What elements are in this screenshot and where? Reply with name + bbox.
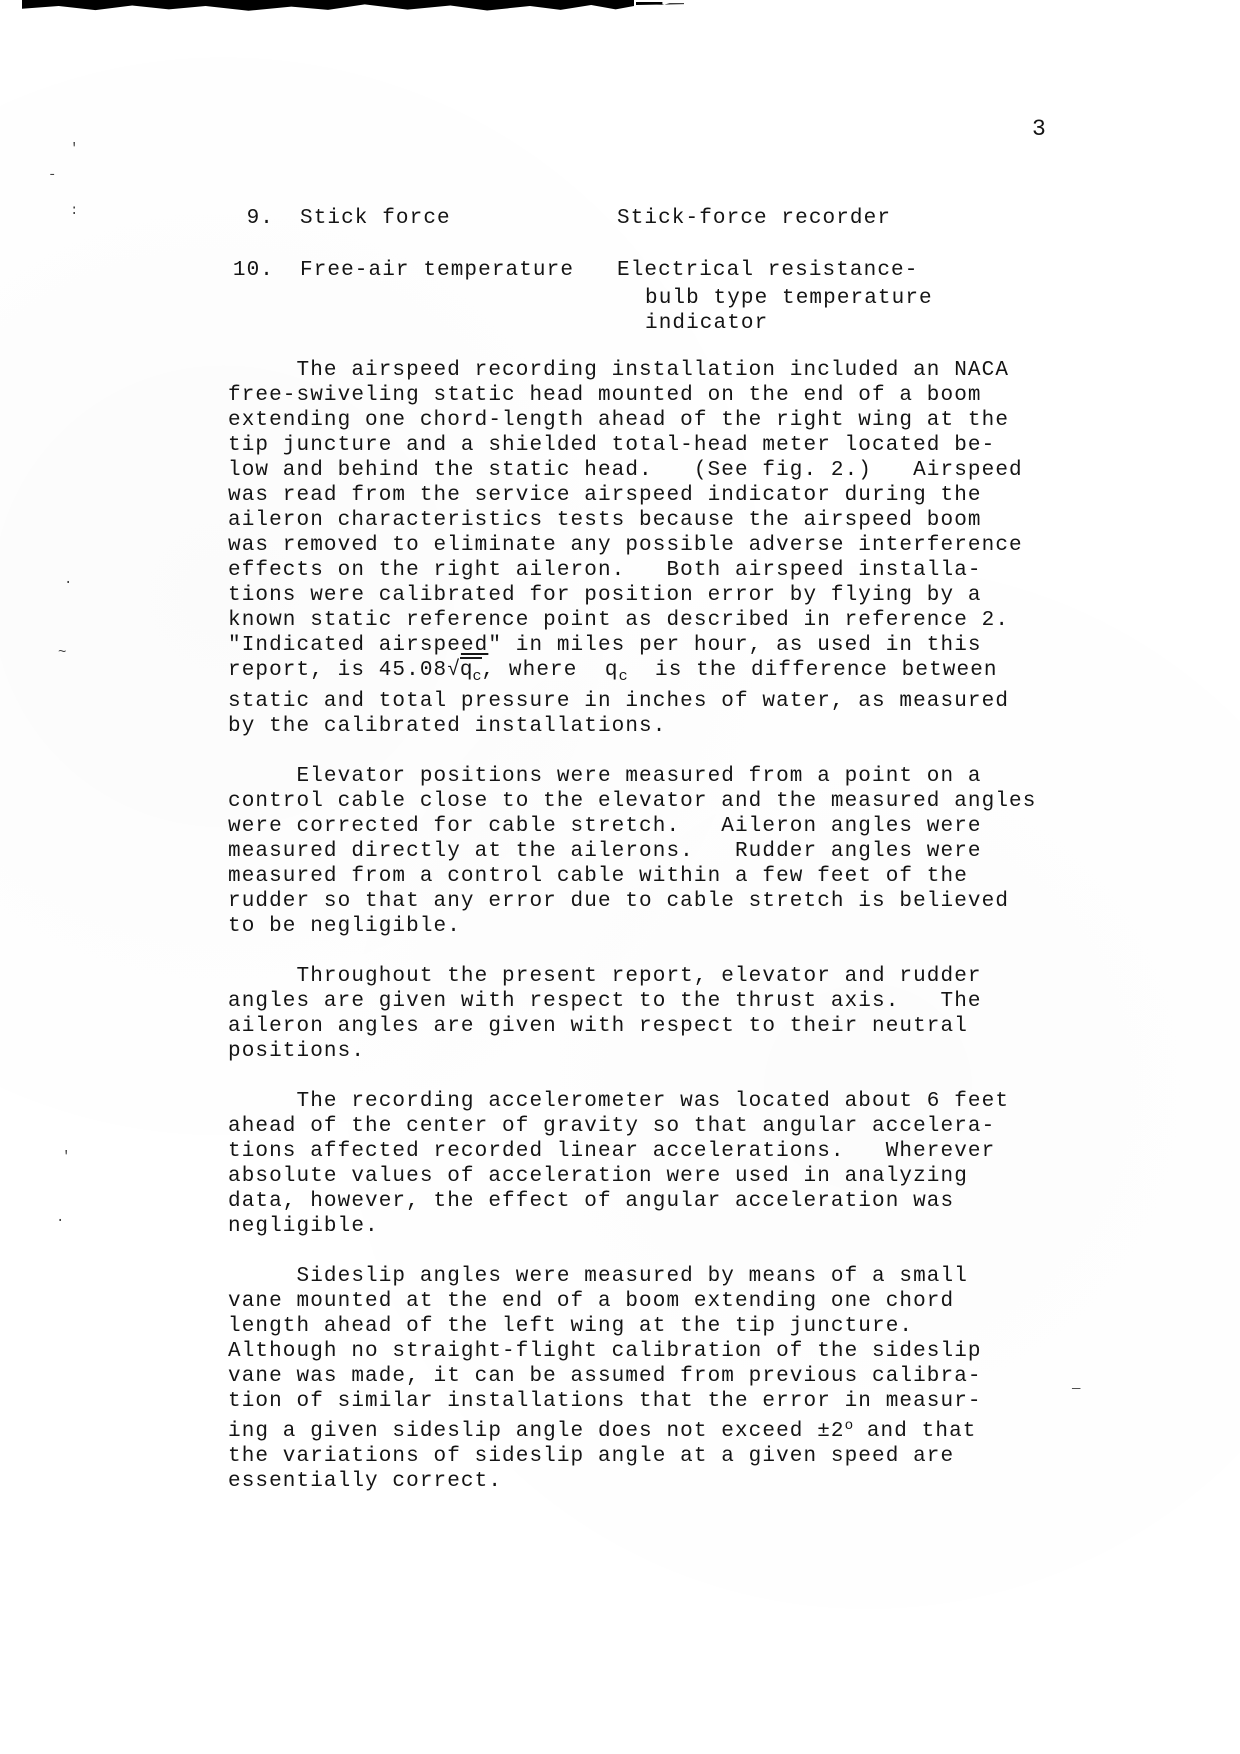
text-line: effects on the right aileron. Both airsp…: [228, 558, 1048, 583]
scan-speck: ·: [64, 576, 72, 590]
text-line: tions affected recorded linear accelerat…: [228, 1139, 1048, 1164]
text-line: aileron characteristics tests because th…: [228, 508, 1048, 533]
text-line: by the calibrated installations.: [228, 714, 1048, 739]
paragraph: The recording accelerometer was located …: [228, 1089, 1048, 1239]
text-line: was read from the service airspeed indic…: [228, 483, 1048, 508]
text-line: control cable close to the elevator and …: [228, 789, 1048, 814]
paragraph: Elevator positions were measured from a …: [228, 764, 1048, 939]
item-number: 10.: [232, 258, 274, 283]
text-line: positions.: [228, 1039, 1048, 1064]
text-line: The airspeed recording installation incl…: [228, 358, 1048, 383]
text-line: measured from a control cable within a f…: [228, 864, 1048, 889]
scan-speck: ·: [56, 1214, 64, 1228]
text-line: free-swiveling static head mounted on th…: [228, 383, 1048, 408]
text-line: aileron angles are given with respect to…: [228, 1014, 1048, 1039]
item-instrument-continuation: indicator: [645, 311, 768, 336]
item-instrument: Electrical resistance-: [617, 258, 918, 283]
body-text: The airspeed recording installation incl…: [228, 358, 1048, 1519]
scan-speck: —: [1072, 1382, 1080, 1396]
paragraph: Throughout the present report, elevator …: [228, 964, 1048, 1064]
scan-speck: ~: [58, 646, 66, 660]
text-line: absolute values of acceleration were use…: [228, 1164, 1048, 1189]
text-line: ahead of the center of gravity so that a…: [228, 1114, 1048, 1139]
text-line: length ahead of the left wing at the tip…: [228, 1314, 1048, 1339]
text-line: tip juncture and a shielded total-head m…: [228, 433, 1048, 458]
item-quantity: Free-air temperature: [274, 259, 574, 282]
paragraph: Sideslip angles were measured by means o…: [228, 1264, 1048, 1494]
text-line: vane was made, it can be assumed from pr…: [228, 1364, 1048, 1389]
text-line: extending one chord-length ahead of the …: [228, 408, 1048, 433]
text-line: angles are given with respect to the thr…: [228, 989, 1048, 1014]
text-line: measured directly at the ailerons. Rudde…: [228, 839, 1048, 864]
text-line: Although no straight-flight calibration …: [228, 1339, 1048, 1364]
instrument-list-row: 10.Free-air temperatureElectrical resist…: [232, 258, 574, 283]
scan-speck: -: [48, 168, 56, 182]
scan-speck: ': [70, 142, 78, 156]
item-instrument-continuation: bulb type temperature: [645, 286, 933, 311]
text-line: ing a given sideslip angle does not exce…: [228, 1414, 1048, 1444]
text-line: Sideslip angles were measured by means o…: [228, 1264, 1048, 1289]
text-line: essentially correct.: [228, 1469, 1048, 1494]
scan-speck: :: [70, 204, 78, 218]
paragraph: The airspeed recording installation incl…: [228, 358, 1048, 739]
text-line: rudder so that any error due to cable st…: [228, 889, 1048, 914]
text-line: negligible.: [228, 1214, 1048, 1239]
scan-speck: ': [62, 1150, 70, 1164]
instrument-list-row: 9.Stick forceStick-force recorder: [232, 206, 451, 231]
item-number: 9.: [232, 206, 274, 231]
item-quantity: Stick force: [274, 207, 451, 230]
text-line: was removed to eliminate any possible ad…: [228, 533, 1048, 558]
document-page: 3 9.Stick forceStick-force recorder10.Fr…: [0, 0, 1240, 1754]
text-line: low and behind the static head. (See fig…: [228, 458, 1048, 483]
page-number: 3: [1032, 116, 1047, 142]
text-line: static and total pressure in inches of w…: [228, 689, 1048, 714]
text-line: to be negligible.: [228, 914, 1048, 939]
scan-edge-artifact-tail: [636, 2, 684, 5]
text-line: the variations of sideslip angle at a gi…: [228, 1444, 1048, 1469]
text-line: report, is 45.08√qc, where qc is the dif…: [228, 658, 1048, 689]
text-line: vane mounted at the end of a boom extend…: [228, 1289, 1048, 1314]
text-line: known static reference point as describe…: [228, 608, 1048, 633]
item-instrument: Stick-force recorder: [617, 206, 891, 231]
text-line: were corrected for cable stretch. Ailero…: [228, 814, 1048, 839]
text-line: The recording accelerometer was located …: [228, 1089, 1048, 1114]
text-line: Elevator positions were measured from a …: [228, 764, 1048, 789]
text-line: Throughout the present report, elevator …: [228, 964, 1048, 989]
text-line: tion of similar installations that the e…: [228, 1389, 1048, 1414]
text-line: data, however, the effect of angular acc…: [228, 1189, 1048, 1214]
scan-edge-artifact: [22, 0, 634, 11]
text-line: "Indicated airspeed" in miles per hour, …: [228, 633, 1048, 658]
text-line: tions were calibrated for position error…: [228, 583, 1048, 608]
